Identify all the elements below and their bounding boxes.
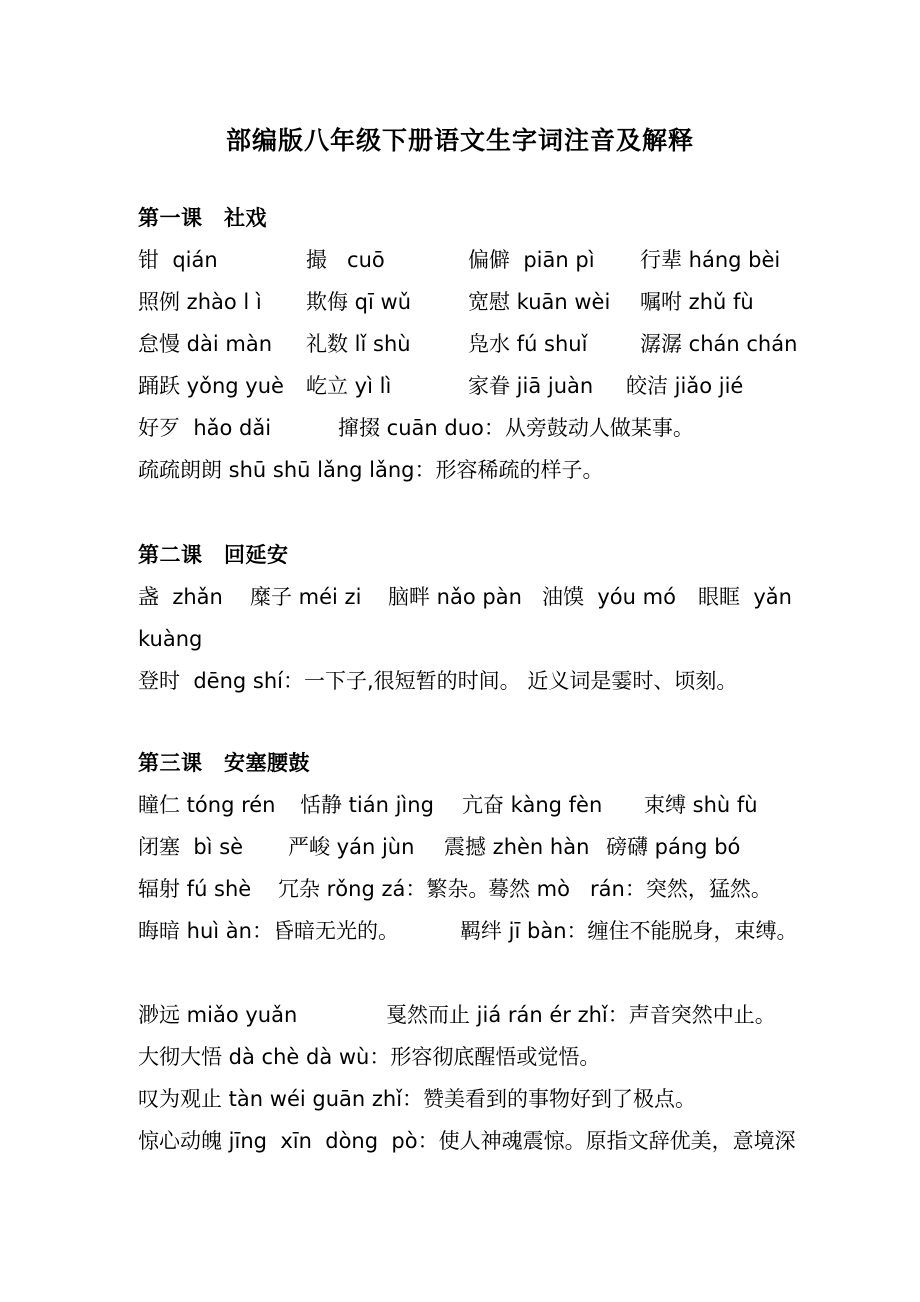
text-segment: 钳 qián [138, 245, 218, 275]
text-segment: 糜子 méi zi [250, 582, 361, 612]
text-segment: 闭塞 bì sè [138, 832, 243, 862]
text-segment: 屹立 yì lì [306, 371, 391, 401]
text-line: 登时 dēng shí：一下子,很短暂的时间。 近义词是霎时、顷刻。 [138, 666, 858, 696]
section-heading: 第一课 社戏 [138, 203, 858, 233]
text-segment: 戛然而止 jiá rán ér zhǐ：声音突然中止。 [386, 1000, 776, 1030]
text-segment: 油馍 yóu mó [542, 582, 676, 612]
text-segment: kuàng [138, 624, 202, 654]
text-segment: 脑畔 nǎo pàn [388, 582, 522, 612]
text-segment: 皎洁 jiǎo jié [626, 371, 743, 401]
text-line: 闭塞 bì sè严峻 yán jùn震撼 zhèn hàn磅礴 páng bó [138, 832, 858, 862]
text-segment: 礼数 lǐ shù [306, 329, 411, 359]
text-segment: 偏僻 piān pì [468, 245, 595, 275]
text-line: 瞳仁 tóng rén恬静 tián jìng亢奋 kàng fèn束缚 shù… [138, 790, 858, 820]
text-line: 辐射 fú shè冗杂 rǒng zá：繁杂。蓦然 mò rán：突然，猛然。 [138, 874, 858, 904]
text-line: 盏 zhǎn糜子 méi zi脑畔 nǎo pàn油馍 yóu mó眼眶 yǎn [138, 582, 858, 612]
text-segment: 眼眶 yǎn [698, 582, 792, 612]
text-segment: 照例 zhào l ì [138, 287, 262, 317]
text-segment: 嘱咐 zhǔ fù [640, 287, 754, 317]
text-segment: 严峻 yán jùn [288, 832, 414, 862]
text-segment: 撺掇 cuān duo：从旁鼓动人做某事。 [338, 413, 694, 443]
text-segment: 亢奋 kàng fèn [462, 790, 602, 820]
heading-text: 第二课 回延安 [138, 540, 289, 570]
text-segment: 撮 cuō [306, 245, 385, 275]
document-title: 部编版八年级下册语文生字词注音及解释 [0, 124, 920, 160]
heading-text: 第三课 安塞腰鼓 [138, 748, 310, 778]
text-line: 钳 qián撮 cuō偏僻 piān pì行辈 háng bèi [138, 245, 858, 275]
text-segment: 震撼 zhèn hàn [444, 832, 589, 862]
text-line: kuàng [138, 624, 858, 654]
text-line: 叹为观止 tàn wéi guān zhǐ：赞美看到的事物好到了极点。 [138, 1084, 858, 1114]
text-segment: 疏疏朗朗 shū shū lǎng lǎng：形容稀疏的样子。 [138, 455, 604, 485]
text-segment: 羁绊 jī bàn：缠住不能脱身，束缚。 [460, 916, 798, 946]
text-line: 大彻大悟 dà chè dà wù：形容彻底醒悟或觉悟。 [138, 1042, 858, 1072]
text-line: 好歹 hǎo dǎi撺掇 cuān duo：从旁鼓动人做某事。 [138, 413, 858, 443]
text-segment: 磅礴 páng bó [606, 832, 740, 862]
text-segment: 大彻大悟 dà chè dà wù：形容彻底醒悟或觉悟。 [138, 1042, 600, 1072]
section-heading: 第二课 回延安 [138, 540, 858, 570]
text-segment: 恬静 tián jìng [300, 790, 434, 820]
text-segment: 辐射 fú shè [138, 874, 251, 904]
text-segment: 好歹 hǎo dǎi [138, 413, 271, 443]
text-line: 怠慢 dài màn礼数 lǐ shù凫水 fú shuǐ潺潺 chán chá… [138, 329, 858, 359]
text-segment: 家眷 jiā juàn [468, 371, 593, 401]
text-segment: 渺远 miǎo yuǎn [138, 1000, 297, 1030]
text-segment: 凫水 fú shuǐ [468, 329, 587, 359]
text-line: 渺远 miǎo yuǎn戛然而止 jiá rán ér zhǐ：声音突然中止。 [138, 1000, 858, 1030]
text-segment: 瞳仁 tóng rén [138, 790, 275, 820]
text-segment: 蓦然 mò rán：突然，猛然。 [488, 874, 772, 904]
heading-text: 第一课 社戏 [138, 203, 267, 233]
text-segment: 束缚 shù fù [644, 790, 758, 820]
text-segment: 惊心动魄 jīng xīn dòng pò：使人神魂震惊。原指文辞优美，意境深 [138, 1126, 796, 1156]
text-line: 惊心动魄 jīng xīn dòng pò：使人神魂震惊。原指文辞优美，意境深 [138, 1126, 858, 1156]
text-segment: 宽慰 kuān wèi [468, 287, 610, 317]
text-segment: 叹为观止 tàn wéi guān zhǐ：赞美看到的事物好到了极点。 [138, 1084, 696, 1114]
text-segment: 盏 zhǎn [138, 582, 223, 612]
text-line: 疏疏朗朗 shū shū lǎng lǎng：形容稀疏的样子。 [138, 455, 858, 485]
text-segment: 行辈 háng bèi [640, 245, 780, 275]
document-page: 部编版八年级下册语文生字词注音及解释 第一课 社戏钳 qián撮 cuō偏僻 p… [0, 0, 920, 1302]
text-segment: 冗杂 rǒng zá：繁杂。 [278, 874, 489, 904]
text-segment: 登时 dēng shí：一下子,很短暂的时间。 近义词是霎时、顷刻。 [138, 666, 737, 696]
text-segment: 潺潺 chán chán [640, 329, 797, 359]
text-line: 踊跃 yǒng yuè屹立 yì lì家眷 jiā juàn皎洁 jiǎo ji… [138, 371, 858, 401]
text-segment: 欺侮 qī wǔ [306, 287, 411, 317]
text-line: 晦暗 huì àn：昏暗无光的。羁绊 jī bàn：缠住不能脱身，束缚。 [138, 916, 858, 946]
text-line: 照例 zhào l ì欺侮 qī wǔ宽慰 kuān wèi嘱咐 zhǔ fù [138, 287, 858, 317]
text-segment: 晦暗 huì àn：昏暗无光的。 [138, 916, 399, 946]
text-segment: 怠慢 dài màn [138, 329, 272, 359]
section-heading: 第三课 安塞腰鼓 [138, 748, 858, 778]
text-segment: 踊跃 yǒng yuè [138, 371, 284, 401]
